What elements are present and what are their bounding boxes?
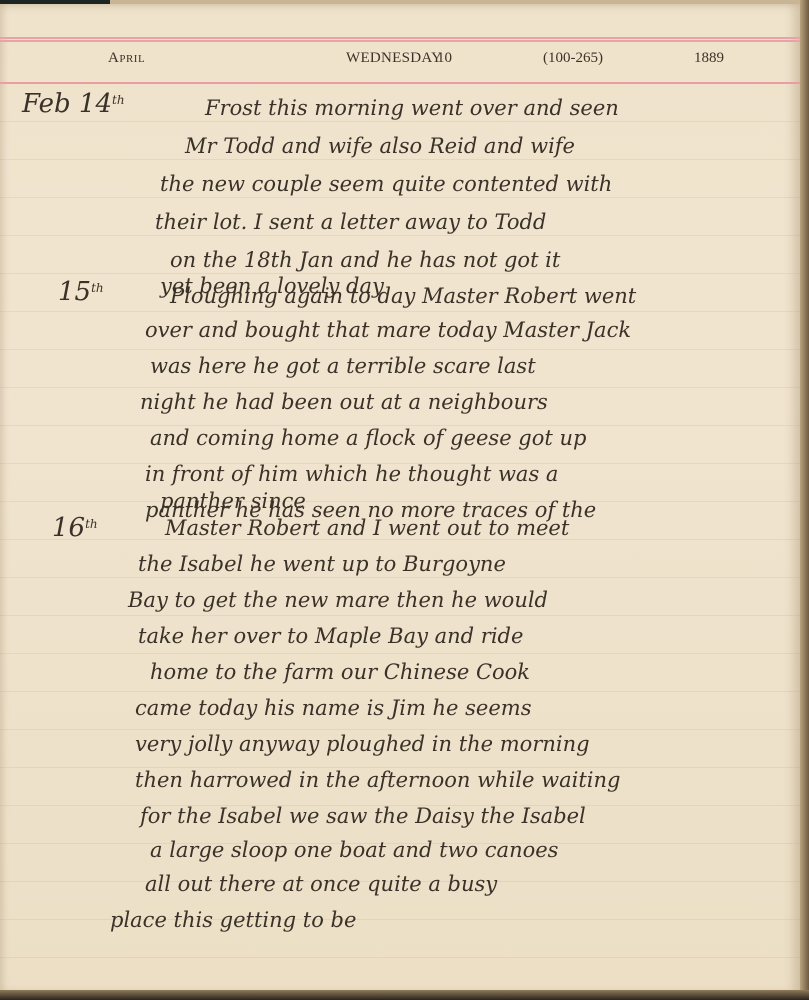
entry-line: and coming home a flock of geese got up — [150, 420, 586, 458]
entry-line: a large sloop one boat and two canoes — [150, 832, 558, 870]
entry-date-suffix: th — [112, 93, 125, 107]
entry-date-label: 16 — [52, 513, 85, 543]
entry-line: Master Robert and I went out to meet — [165, 510, 569, 548]
entry-line: over and bought that mare today Master J… — [145, 312, 631, 350]
header-month: April — [108, 50, 145, 67]
header-weekday: WEDNESDAY — [346, 50, 442, 67]
entry-line: all out there at once quite a busy — [145, 866, 497, 904]
entry-line: Frost this morning went over and seen — [205, 90, 619, 128]
entry-date-suffix: th — [91, 281, 104, 295]
entry-date: 15th — [58, 274, 104, 312]
header-top-rule — [0, 37, 800, 42]
entry-line: home to the farm our Chinese Cook — [150, 654, 530, 692]
entry-line: their lot. I sent a letter away to Todd — [155, 204, 546, 242]
header-year: 1889 — [694, 50, 724, 67]
entry-date: Feb 14th — [22, 86, 125, 124]
book-right-edge — [800, 0, 809, 1000]
diary-page: April WEDNESDAY 10 (100-265) 1889 Feb 14… — [0, 4, 800, 994]
book-bottom-edge — [0, 990, 809, 1000]
entry-line: the Isabel he went up to Burgoyne — [138, 546, 506, 584]
entry-line: take her over to Maple Bay and ride — [138, 618, 523, 656]
entry-line: Bay to get the new mare then he would — [128, 582, 548, 620]
entry-date-label: 15 — [58, 277, 91, 307]
entry-line: came today his name is Jim he seems — [135, 690, 531, 728]
entry-date-label: Feb 14 — [22, 89, 112, 119]
entry-line: then harrowed in the afternoon while wai… — [135, 762, 620, 800]
entry-line: was here he got a terrible scare last — [150, 348, 536, 386]
entry-line: Ploughing again to day Master Robert wen… — [170, 278, 636, 316]
header-day-number: 10 — [437, 50, 452, 67]
entry-date: 16th — [52, 510, 98, 548]
header-day-range: (100-265) — [543, 50, 603, 67]
page-header: April WEDNESDAY 10 (100-265) 1889 — [0, 50, 800, 74]
entry-date-suffix: th — [85, 517, 98, 531]
entry-line: place this getting to be — [110, 902, 356, 940]
entry-line: night he had been out at a neighbours — [140, 384, 548, 422]
entry-line: Mr Todd and wife also Reid and wife — [185, 128, 575, 166]
entry-line: for the Isabel we saw the Daisy the Isab… — [140, 798, 586, 836]
entry-line: very jolly anyway ploughed in the mornin… — [135, 726, 590, 764]
entry-line: the new couple seem quite contented with — [160, 166, 612, 204]
